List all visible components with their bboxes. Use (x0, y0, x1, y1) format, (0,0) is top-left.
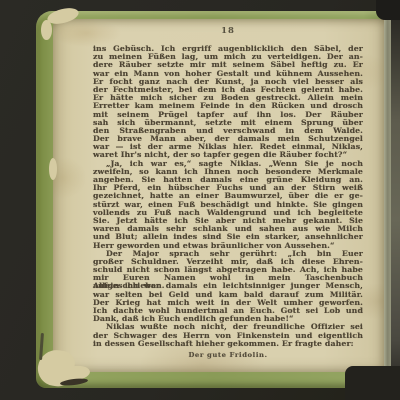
cover-wear-spot (41, 20, 52, 40)
body-text: ins Gebüsch. Ich ergriff augenblicklich … (93, 45, 363, 348)
photo-backdrop: 18 ins Gebüsch. Ich ergriff augenblickli… (0, 0, 400, 400)
bottom-right-shadow (345, 366, 400, 400)
top-right-shadow (376, 0, 400, 20)
running-footer: Der gute Fridolin. (93, 351, 363, 359)
cover-wear-spot (49, 158, 57, 180)
book-spine-shadow (391, 0, 400, 400)
text-line: in dessen Gesellschaft hieher gekommen. … (93, 340, 363, 348)
page-number: 18 (93, 26, 363, 36)
